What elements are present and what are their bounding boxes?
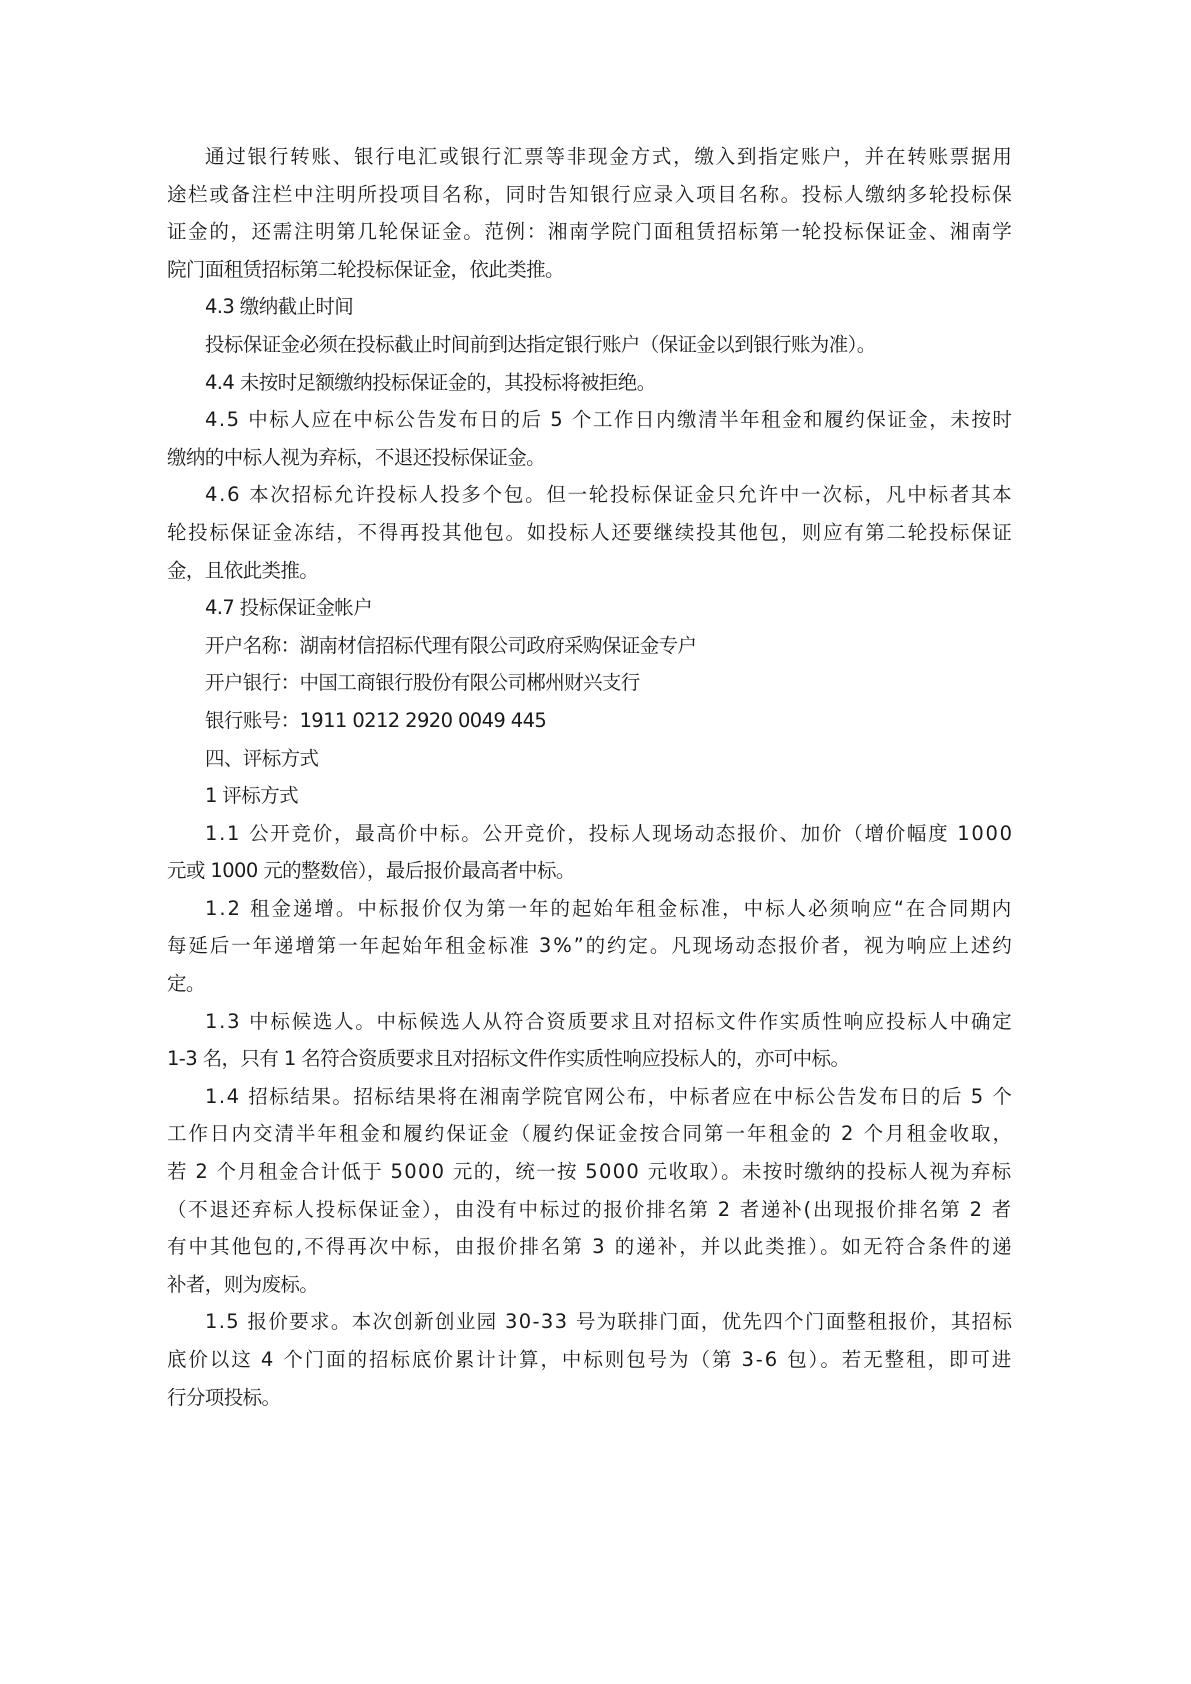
text-line: 投标保证金必须在投标截止时间前到达指定银行账户（保证金以到银行账为准）。 [167,326,1011,364]
paragraph-p-transfer-method: 通过银行转账、银行电汇或银行汇票等非现金方式，缴入到指定账户，并在转账票据用途栏… [167,138,1011,288]
text-line: （不退还弃标人投标保证金），由没有中标过的报价排名第 2 者递补(出现报价排名第… [167,1191,1011,1229]
paragraph-h-4-3: 4.3 缴纳截止时间 [167,288,1011,326]
text-line: 开户名称：湖南材信招标代理有限公司政府采购保证金专户 [167,627,1011,665]
text-line: 4.3 缴纳截止时间 [167,288,1011,326]
paragraph-account-name: 开户名称：湖南材信招标代理有限公司政府采购保证金专户 [167,627,1011,665]
paragraph-account-number: 银行账号：1911 0212 2920 0049 445 [167,702,1011,740]
text-line: 4.6 本次招标允许投标人投多个包。但一轮投标保证金只允许中一次标，凡中标者其本 [167,476,1011,514]
paragraph-h-section-4: 四、评标方式 [167,740,1011,778]
text-line: 4.5 中标人应在中标公告发布日的后 5 个工作日内缴清半年租金和履约保证金，未… [167,401,1011,439]
text-line: 1.4 招标结果。招标结果将在湘南学院官网公布，中标者应在中标公告发布日的后 5… [167,1078,1011,1116]
document-page: 通过银行转账、银行电汇或银行汇票等非现金方式，缴入到指定账户，并在转账票据用途栏… [167,138,1011,1416]
paragraph-p-4-4: 4.4 未按时足额缴纳投标保证金的，其投标将被拒绝。 [167,364,1011,402]
text-line: 4.4 未按时足额缴纳投标保证金的，其投标将被拒绝。 [167,364,1011,402]
paragraph-p-4-3-body: 投标保证金必须在投标截止时间前到达指定银行账户（保证金以到银行账为准）。 [167,326,1011,364]
paragraph-p-1-4: 1.4 招标结果。招标结果将在湘南学院官网公布，中标者应在中标公告发布日的后 5… [167,1078,1011,1304]
text-line: 轮投标保证金冻结，不得再投其他包。如投标人还要继续投其他包，则应有第二轮投标保证 [167,514,1011,552]
text-line: 1.3 中标候选人。中标候选人从符合资质要求且对招标文件作实质性响应投标人中确定 [167,1003,1011,1041]
text-line: 定。 [167,965,1011,1003]
text-line: 每延后一年递增第一年起始年租金标准 3%”的约定。凡现场动态报价者，视为响应上述… [167,927,1011,965]
paragraph-h-1: 1 评标方式 [167,777,1011,815]
paragraph-p-1-3: 1.3 中标候选人。中标候选人从符合资质要求且对招标文件作实质性响应投标人中确定… [167,1003,1011,1078]
text-line: 四、评标方式 [167,740,1011,778]
text-line: 金，且依此类推。 [167,552,1011,590]
text-line: 1.2 租金递增。中标报价仅为第一年的起始年租金标准，中标人必须响应“在合同期内 [167,890,1011,928]
text-line: 若 2 个月租金合计低于 5000 元的，统一按 5000 元收取）。未按时缴纳… [167,1153,1011,1191]
text-line: 银行账号：1911 0212 2920 0049 445 [167,702,1011,740]
text-line: 元或 1000 元的整数倍），最后报价最高者中标。 [167,852,1011,890]
text-line: 工作日内交清半年租金和履约保证金（履约保证金按合同第一年租金的 2 个月租金收取… [167,1115,1011,1153]
text-line: 1.1 公开竞价，最高价中标。公开竞价，投标人现场动态报价、加价（增价幅度 10… [167,815,1011,853]
text-line: 开户银行：中国工商银行股份有限公司郴州财兴支行 [167,664,1011,702]
paragraph-p-1-1: 1.1 公开竞价，最高价中标。公开竞价，投标人现场动态报价、加价（增价幅度 10… [167,815,1011,890]
text-line: 证金的，还需注明第几轮保证金。范例：湘南学院门面租赁招标第一轮投标保证金、湘南学 [167,213,1011,251]
text-line: 行分项投标。 [167,1379,1011,1417]
text-line: 缴纳的中标人视为弃标，不退还投标保证金。 [167,439,1011,477]
paragraph-p-1-5: 1.5 报价要求。本次创新创业园 30-33 号为联排门面，优先四个门面整租报价… [167,1303,1011,1416]
text-line: 有中其他包的,不得再次中标，由报价排名第 3 的递补，并以此类推）。如无符合条件… [167,1228,1011,1266]
text-line: 1-3 名，只有 1 名符合资质要求且对招标文件作实质性响应投标人的，亦可中标。 [167,1040,1011,1078]
paragraph-p-4-5: 4.5 中标人应在中标公告发布日的后 5 个工作日内缴清半年租金和履约保证金，未… [167,401,1011,476]
text-line: 4.7 投标保证金帐户 [167,589,1011,627]
paragraph-account-bank: 开户银行：中国工商银行股份有限公司郴州财兴支行 [167,664,1011,702]
text-line: 院门面租赁招标第二轮投标保证金，依此类推。 [167,251,1011,289]
text-line: 1 评标方式 [167,777,1011,815]
text-line: 补者，则为废标。 [167,1266,1011,1304]
text-line: 途栏或备注栏中注明所投项目名称，同时告知银行应录入项目名称。投标人缴纳多轮投标保 [167,176,1011,214]
text-line: 1.5 报价要求。本次创新创业园 30-33 号为联排门面，优先四个门面整租报价… [167,1303,1011,1341]
paragraph-p-4-6: 4.6 本次招标允许投标人投多个包。但一轮投标保证金只允许中一次标，凡中标者其本… [167,476,1011,589]
text-line: 通过银行转账、银行电汇或银行汇票等非现金方式，缴入到指定账户，并在转账票据用 [167,138,1011,176]
paragraph-p-1-2: 1.2 租金递增。中标报价仅为第一年的起始年租金标准，中标人必须响应“在合同期内… [167,890,1011,1003]
paragraph-h-4-7: 4.7 投标保证金帐户 [167,589,1011,627]
text-line: 底价以这 4 个门面的招标底价累计计算，中标则包号为（第 3-6 包）。若无整租… [167,1341,1011,1379]
